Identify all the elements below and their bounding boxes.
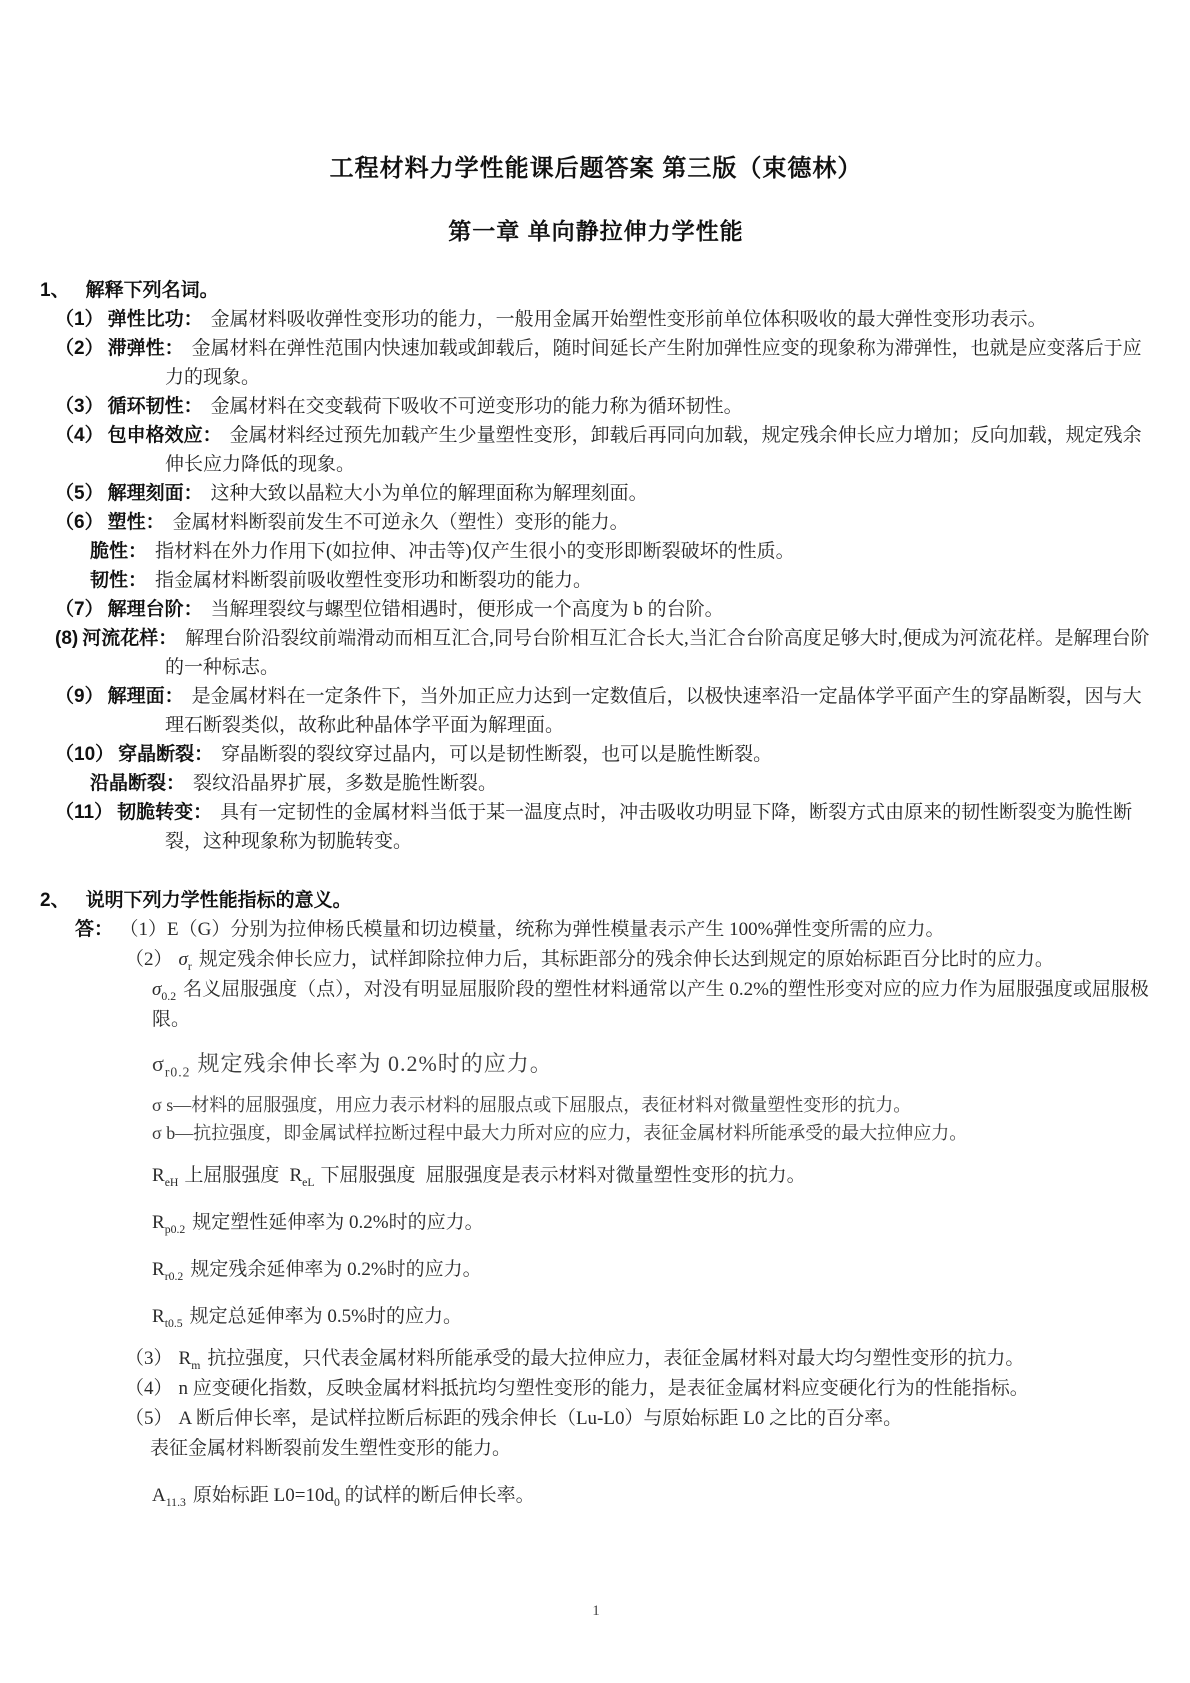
line-text: n 应变硬化指数，反映金属材料抵抗均匀塑性变形的能力，是表征金属材料应变硬化行为… bbox=[179, 1378, 1029, 1399]
item-number: （9） bbox=[55, 686, 104, 707]
sigma-symbol: σ bbox=[152, 1051, 165, 1076]
question-2-heading: 2、说明下列力学性能指标的意义。 bbox=[40, 886, 1152, 915]
definition-item: （7）解理台阶：当解理裂纹与螺型位错相遇时，便形成一个高度为 b 的台阶。 bbox=[40, 595, 1152, 624]
answer-line-1: 答：（1）E（G）分别为拉伸杨氏模量和切边模量，统称为弹性模量表示产生 100%… bbox=[40, 915, 1152, 945]
item-number: （4） bbox=[55, 425, 104, 446]
question-2-text: 说明下列力学性能指标的意义。 bbox=[86, 890, 352, 911]
definition-text: 具有一定韧性的金属材料当低于某一温度点时，冲击吸收功明显下降，断裂方式由原来的韧… bbox=[165, 802, 1132, 852]
question-1-heading: 1、解释下列名词。 bbox=[40, 276, 1152, 305]
question-1-text: 解释下列名词。 bbox=[86, 280, 219, 301]
answer-line-sigma-b: σ b—抗拉强度，即金属试样拉断过程中最大力所对应的应力，表征金属材料所能承受的… bbox=[40, 1119, 1152, 1147]
symbol-subscript: p0.2 bbox=[165, 1223, 186, 1236]
r-symbol: R bbox=[179, 1348, 192, 1369]
line-text: 规定塑性延伸率为 0.2%时的应力。 bbox=[192, 1212, 483, 1233]
r-symbol: R bbox=[289, 1165, 302, 1186]
term-label: 脆性： bbox=[90, 541, 147, 562]
item-number: （1） bbox=[55, 309, 104, 330]
line-text: 规定残余延伸率为 0.2%时的应力。 bbox=[190, 1259, 481, 1280]
term-label: 解理台阶： bbox=[108, 599, 203, 620]
line-text: 屈服强度是表示材料对微量塑性变形的抗力。 bbox=[426, 1165, 806, 1186]
symbol-subscript: eL bbox=[302, 1176, 314, 1189]
symbol-subscript: 0.2 bbox=[161, 990, 176, 1003]
definition-text: 金属材料经过预先加载产生少量塑性变形，卸载后再同向加载，规定残余伸长应力增加；反… bbox=[165, 425, 1142, 475]
definition-text: 裂纹沿晶界扩展，多数是脆性断裂。 bbox=[193, 773, 497, 794]
answer-line-sigma02: σ0.2名义屈服强度（点），对没有明显屈服阶段的塑性材料通常以产生 0.2%的塑… bbox=[40, 975, 1152, 1035]
symbol-subscript: eH bbox=[165, 1176, 179, 1189]
definition-text: 指金属材料断裂前吸收塑性变形功和断裂功的能力。 bbox=[155, 570, 592, 591]
item-number: （7） bbox=[55, 599, 104, 620]
item-number: （10） bbox=[55, 744, 114, 765]
line-text: 抗拉强度，只代表金属材料所能承受的最大拉伸应力，表征金属材料对最大均匀塑性变形的… bbox=[207, 1348, 1024, 1369]
line-text: σ b—抗拉强度，即金属试样拉断过程中最大力所对应的应力，表征金属材料所能承受的… bbox=[152, 1123, 967, 1143]
definition-item: 脆性：指材料在外力作用下(如拉伸、冲击等)仅产生很小的变形即断裂破坏的性质。 bbox=[40, 537, 1152, 566]
definition-text: 金属材料在弹性范围内快速加载或卸载后，随时间延长产生附加弹性应变的现象称为滞弹性… bbox=[165, 338, 1142, 388]
line-text: 名义屈服强度（点），对没有明显屈服阶段的塑性材料通常以产生 0.2%的塑性形变对… bbox=[152, 979, 1149, 1030]
term-label: 解理面： bbox=[108, 686, 184, 707]
answer-block: 答：（1）E（G）分别为拉伸杨氏模量和切边模量，统称为弹性模量表示产生 100%… bbox=[40, 915, 1152, 1511]
term-label: 韧脆转变： bbox=[117, 802, 212, 823]
definition-text: 这种大致以晶粒大小为单位的解理面称为解理刻面。 bbox=[211, 483, 648, 504]
a-symbol: A bbox=[152, 1485, 166, 1506]
definition-item: （1）弹性比功：金属材料吸收弹性变形功的能力，一般用金属开始塑性变形前单位体积吸… bbox=[40, 305, 1152, 334]
answer-line-5: （5）A 断后伸长率，是试样拉断后标距的残余伸长（Lu-L0）与原始标距 L0 … bbox=[40, 1404, 1152, 1464]
r-symbol: R bbox=[152, 1165, 165, 1186]
sigma-symbol: σ bbox=[152, 979, 161, 1000]
definition-text: 解理台阶沿裂纹前端滑动而相互汇合,同号台阶相互汇合长大,当汇合台阶高度足够大时,… bbox=[165, 628, 1150, 678]
answer-label: 答： bbox=[75, 919, 113, 940]
term-label: 穿晶断裂： bbox=[118, 744, 213, 765]
line-text: E（G）分别为拉伸杨氏模量和切边模量，统称为弹性模量表示产生 100%弹性变所需… bbox=[167, 919, 944, 940]
definition-item: （10）穿晶断裂：穿晶断裂的裂纹穿过晶内，可以是韧性断裂，也可以是脆性断裂。 bbox=[40, 740, 1152, 769]
line-text: A 断后伸长率，是试样拉断后标距的残余伸长（Lu-L0）与原始标距 L0 之比的… bbox=[179, 1408, 903, 1429]
line-text: 上屈服强度 bbox=[184, 1165, 279, 1186]
definition-item: （2）滞弹性：金属材料在弹性范围内快速加载或卸载后，随时间延长产生附加弹性应变的… bbox=[40, 334, 1152, 392]
term-label: 弹性比功： bbox=[108, 309, 203, 330]
question-2-number: 2、 bbox=[40, 890, 70, 911]
symbol-subscript: 11.3 bbox=[166, 1496, 186, 1509]
line-text: 规定总延伸率为 0.5%时的应力。 bbox=[190, 1306, 462, 1327]
line-text: 原始标距 L0=10d bbox=[193, 1485, 334, 1506]
r-symbol: R bbox=[152, 1259, 165, 1280]
term-label: 滞弹性： bbox=[108, 338, 184, 359]
item-number: （11） bbox=[55, 802, 113, 823]
definition-text: 金属材料断裂前发生不可逆永久（塑性）变形的能力。 bbox=[173, 512, 629, 533]
term-label: 循环韧性： bbox=[108, 396, 203, 417]
item-number: （5） bbox=[125, 1408, 173, 1429]
term-label: 韧性： bbox=[90, 570, 147, 591]
document-title: 工程材料力学性能课后题答案 第三版（束德林） bbox=[40, 148, 1152, 183]
item-number: （5） bbox=[55, 483, 104, 504]
answer-line-2: （2）σr规定残余伸长应力，试样卸除拉伸力后，其标距部分的残余伸长达到规定的原始… bbox=[40, 945, 1152, 975]
line-text: 的试样的断后伸长率。 bbox=[340, 1485, 535, 1506]
definition-list: （1）弹性比功：金属材料吸收弹性变形功的能力，一般用金属开始塑性变形前单位体积吸… bbox=[40, 305, 1152, 856]
term-label: 沿晶断裂： bbox=[90, 773, 185, 794]
term-label: 塑性： bbox=[108, 512, 165, 533]
chapter-title: 第一章 单向静拉伸力学性能 bbox=[40, 213, 1152, 246]
definition-item: （4）包申格效应：金属材料经过预先加载产生少量塑性变形，卸载后再同向加载，规定残… bbox=[40, 421, 1152, 479]
item-number: （3） bbox=[125, 1348, 173, 1369]
definition-item: 韧性：指金属材料断裂前吸收塑性变形功和断裂功的能力。 bbox=[40, 566, 1152, 595]
item-number: （4） bbox=[125, 1378, 173, 1399]
symbol-subscript: r bbox=[188, 960, 192, 973]
term-label: 包申格效应： bbox=[108, 425, 222, 446]
symbol-subscript: t0.5 bbox=[165, 1317, 183, 1330]
definition-text: 当解理裂纹与螺型位错相遇时，便形成一个高度为 b 的台阶。 bbox=[211, 599, 724, 620]
question-1-number: 1、 bbox=[40, 280, 70, 301]
definition-text: 是金属材料在一定条件下，当外加正应力达到一定数值后，以极快速率沿一定晶体学平面产… bbox=[165, 686, 1142, 736]
definition-text: 金属材料在交变载荷下吸收不可逆变形功的能力称为循环韧性。 bbox=[211, 396, 743, 417]
item-number: （2） bbox=[55, 338, 104, 359]
answer-line-sigma-r02: σr0.2规定残余伸长率为 0.2%时的应力。 bbox=[40, 1049, 1152, 1079]
definition-item: （11）韧脆转变：具有一定韧性的金属材料当低于某一温度点时，冲击吸收功明显下降，… bbox=[40, 798, 1152, 856]
item-number: （2） bbox=[125, 949, 173, 970]
line-text-continuation: 表征金属材料断裂前发生塑性变形的能力。 bbox=[150, 1434, 1152, 1464]
answer-line-rr02: Rr0.2规定残余延伸率为 0.2%时的应力。 bbox=[40, 1255, 1152, 1285]
definition-text: 穿晶断裂的裂纹穿过晶内，可以是韧性断裂，也可以是脆性断裂。 bbox=[221, 744, 772, 765]
item-number: （3） bbox=[55, 396, 104, 417]
definition-text: 指材料在外力作用下(如拉伸、冲击等)仅产生很小的变形即断裂破坏的性质。 bbox=[155, 541, 795, 562]
symbol-subscript: r0.2 bbox=[165, 1270, 184, 1283]
definition-item: （5）解理刻面：这种大致以晶粒大小为单位的解理面称为解理刻面。 bbox=[40, 479, 1152, 508]
r-symbol: R bbox=[152, 1212, 165, 1233]
answer-line-rp02: Rp0.2规定塑性延伸率为 0.2%时的应力。 bbox=[40, 1208, 1152, 1238]
answer-line-reh-rel: ReH上屈服强度ReL下屈服强度屈服强度是表示材料对微量塑性变形的抗力。 bbox=[40, 1161, 1152, 1191]
definition-item: 沿晶断裂：裂纹沿晶界扩展，多数是脆性断裂。 bbox=[40, 769, 1152, 798]
term-label: 河流花样： bbox=[82, 628, 177, 649]
definition-item: （9）解理面：是金属材料在一定条件下，当外加正应力达到一定数值后，以极快速率沿一… bbox=[40, 682, 1152, 740]
item-number: （6） bbox=[55, 512, 104, 533]
definition-item: （6）塑性：金属材料断裂前发生不可逆永久（塑性）变形的能力。 bbox=[40, 508, 1152, 537]
line-text: 规定残余伸长应力，试样卸除拉伸力后，其标距部分的残余伸长达到规定的原始标距百分比… bbox=[199, 949, 1054, 970]
symbol-subscript: m bbox=[191, 1359, 200, 1372]
answer-line-3: （3）Rm抗拉强度，只代表金属材料所能承受的最大拉伸应力，表征金属材料对最大均匀… bbox=[40, 1344, 1152, 1374]
line-text: 规定残余伸长率为 0.2%时的应力。 bbox=[197, 1051, 552, 1076]
line-text: σ s—材料的屈服强度，用应力表示材料的屈服点或下屈服点，表征材料对微量塑性变形… bbox=[152, 1095, 911, 1115]
r-symbol: R bbox=[152, 1306, 165, 1327]
sigma-symbol: σ bbox=[179, 949, 188, 970]
answer-line-sigma-s: σ s—材料的屈服强度，用应力表示材料的屈服点或下屈服点，表征材料对微量塑性变形… bbox=[40, 1091, 1152, 1119]
item-number: （1） bbox=[129, 919, 167, 940]
definition-text: 金属材料吸收弹性变形功的能力，一般用金属开始塑性变形前单位体积吸收的最大弹性变形… bbox=[211, 309, 1047, 330]
answer-line-rt05: Rt0.5规定总延伸率为 0.5%时的应力。 bbox=[40, 1302, 1152, 1332]
answer-line-4: （4）n 应变硬化指数，反映金属材料抵抗均匀塑性变形的能力，是表征金属材料应变硬… bbox=[40, 1374, 1152, 1404]
definition-item: (8)河流花样：解理台阶沿裂纹前端滑动而相互汇合,同号台阶相互汇合长大,当汇合台… bbox=[40, 624, 1152, 682]
item-number: (8) bbox=[55, 628, 78, 649]
answer-line-a113: A11.3原始标距 L0=10d0 的试样的断后伸长率。 bbox=[40, 1481, 1152, 1511]
definition-item: （3）循环韧性：金属材料在交变载荷下吸收不可逆变形功的能力称为循环韧性。 bbox=[40, 392, 1152, 421]
term-label: 解理刻面： bbox=[108, 483, 203, 504]
symbol-subscript: r0.2 bbox=[165, 1064, 191, 1079]
document-page: 工程材料力学性能课后题答案 第三版（束德林） 第一章 单向静拉伸力学性能 1、解… bbox=[0, 0, 1190, 1683]
line-text: 下屈服强度 bbox=[321, 1165, 416, 1186]
page-number: 1 bbox=[40, 1603, 1152, 1620]
